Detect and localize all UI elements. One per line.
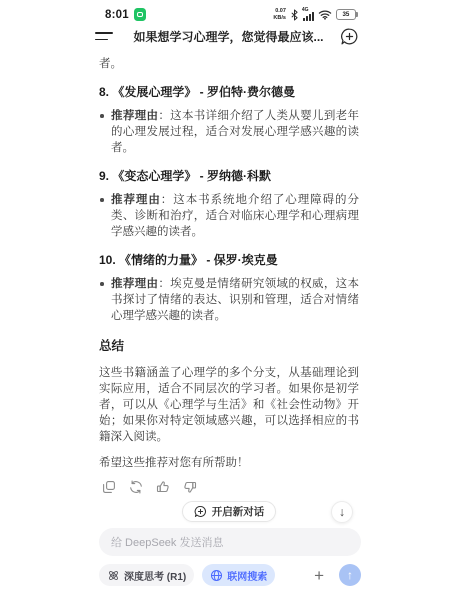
battery-percent: 35	[342, 11, 349, 18]
screen-record-icon	[134, 8, 147, 21]
down-arrow-icon: ↓	[339, 505, 345, 519]
atom-icon	[107, 569, 120, 582]
book-heading-8: 8. 《发展心理学》 - 罗伯特·费尔德曼	[99, 84, 359, 100]
deepseek-app-screen: 8:01 0.07 KB/s 4G	[87, 0, 373, 600]
summary-heading: 总结	[99, 338, 359, 354]
book-reason-8: 推荐理由：这本书详细介绍了人类从婴儿到老年的心理发展过程，适合对发展心理学感兴趣…	[99, 108, 359, 156]
summary-paragraph: 这些书籍涵盖了心理学的多个分支，从基础理论到实际应用，适合不同层次的学习者。如果…	[99, 365, 359, 445]
composer-toolbar: 深度思考 (R1) 联网搜索 + ↑	[99, 564, 361, 586]
book-heading-9: 9. 《变态心理学》 - 罗纳德·科默	[99, 168, 359, 184]
composer: 给 DeepSeek 发送消息 深度思考 (R1)	[87, 528, 373, 600]
bullet-dot	[100, 198, 104, 202]
up-arrow-icon: ↑	[347, 568, 353, 582]
message-fragment: 者。	[99, 56, 359, 72]
web-search-toggle[interactable]: 联网搜索	[202, 564, 275, 586]
new-chat-button[interactable]: 开启新对话	[182, 501, 277, 522]
new-chat-label: 开启新对话	[212, 504, 265, 519]
send-button[interactable]: ↑	[339, 564, 361, 586]
bluetooth-icon	[290, 9, 299, 21]
book-heading-10: 10. 《情绪的力量》 - 保罗·埃克曼	[99, 252, 359, 268]
copy-icon[interactable]	[101, 479, 116, 494]
book-reason-9: 推荐理由：这本书系统地介绍了心理障碍的分类、诊断和治疗，适合对临床心理学和心理病…	[99, 192, 359, 240]
message-input[interactable]: 给 DeepSeek 发送消息	[99, 528, 361, 556]
battery-icon: 35	[336, 9, 358, 20]
wifi-icon	[318, 9, 332, 20]
network-speed-indicator: 0.07 KB/s	[273, 8, 286, 21]
menu-icon[interactable]	[95, 29, 117, 43]
network-type-label: 4G	[302, 7, 309, 13]
bullet-dot	[100, 114, 104, 118]
chat-bubble-plus-icon	[194, 505, 207, 518]
bullet-dot	[100, 282, 104, 286]
web-search-label: 联网搜索	[227, 568, 267, 583]
input-placeholder: 给 DeepSeek 发送消息	[111, 534, 223, 550]
status-bar-right: 0.07 KB/s 4G 35	[273, 8, 358, 22]
new-chat-icon[interactable]	[340, 27, 359, 46]
book-reason-10: 推荐理由：埃克曼是情绪研究领域的权威，这本书探讨了情绪的表达、识别和管理，适合对…	[99, 276, 359, 324]
status-bar: 8:01 0.07 KB/s 4G	[87, 0, 373, 22]
attach-plus-icon[interactable]: +	[312, 567, 326, 584]
assistant-message: 者。 8. 《发展心理学》 - 罗伯特·费尔德曼 推荐理由：这本书详细介绍了人类…	[87, 50, 373, 528]
message-actions	[99, 479, 359, 494]
deep-think-toggle[interactable]: 深度思考 (R1)	[99, 564, 194, 586]
new-chat-row: 开启新对话 ↓	[99, 501, 359, 523]
reason-label: 推荐理由	[111, 278, 158, 290]
thumbs-down-icon[interactable]	[182, 479, 197, 494]
reason-label: 推荐理由	[111, 110, 158, 122]
thumbs-up-icon[interactable]	[155, 479, 170, 494]
clock: 8:01	[105, 9, 129, 21]
closing-line: 希望这些推荐对您有所帮助！	[99, 455, 359, 471]
reason-label: 推荐理由	[111, 194, 161, 206]
deep-think-label: 深度思考 (R1)	[124, 568, 186, 583]
app-header: 如果想学习心理学，您觉得最应该...	[87, 22, 373, 50]
regenerate-icon[interactable]	[128, 479, 143, 494]
cellular-signal-icon: 4G	[303, 8, 314, 22]
scroll-to-bottom-button[interactable]: ↓	[331, 501, 353, 523]
phone-screenshot: 8:01 0.07 KB/s 4G	[0, 0, 460, 600]
status-bar-left: 8:01	[105, 8, 146, 21]
conversation-title: 如果想学习心理学，您觉得最应该...	[123, 28, 334, 45]
globe-icon	[210, 569, 223, 582]
